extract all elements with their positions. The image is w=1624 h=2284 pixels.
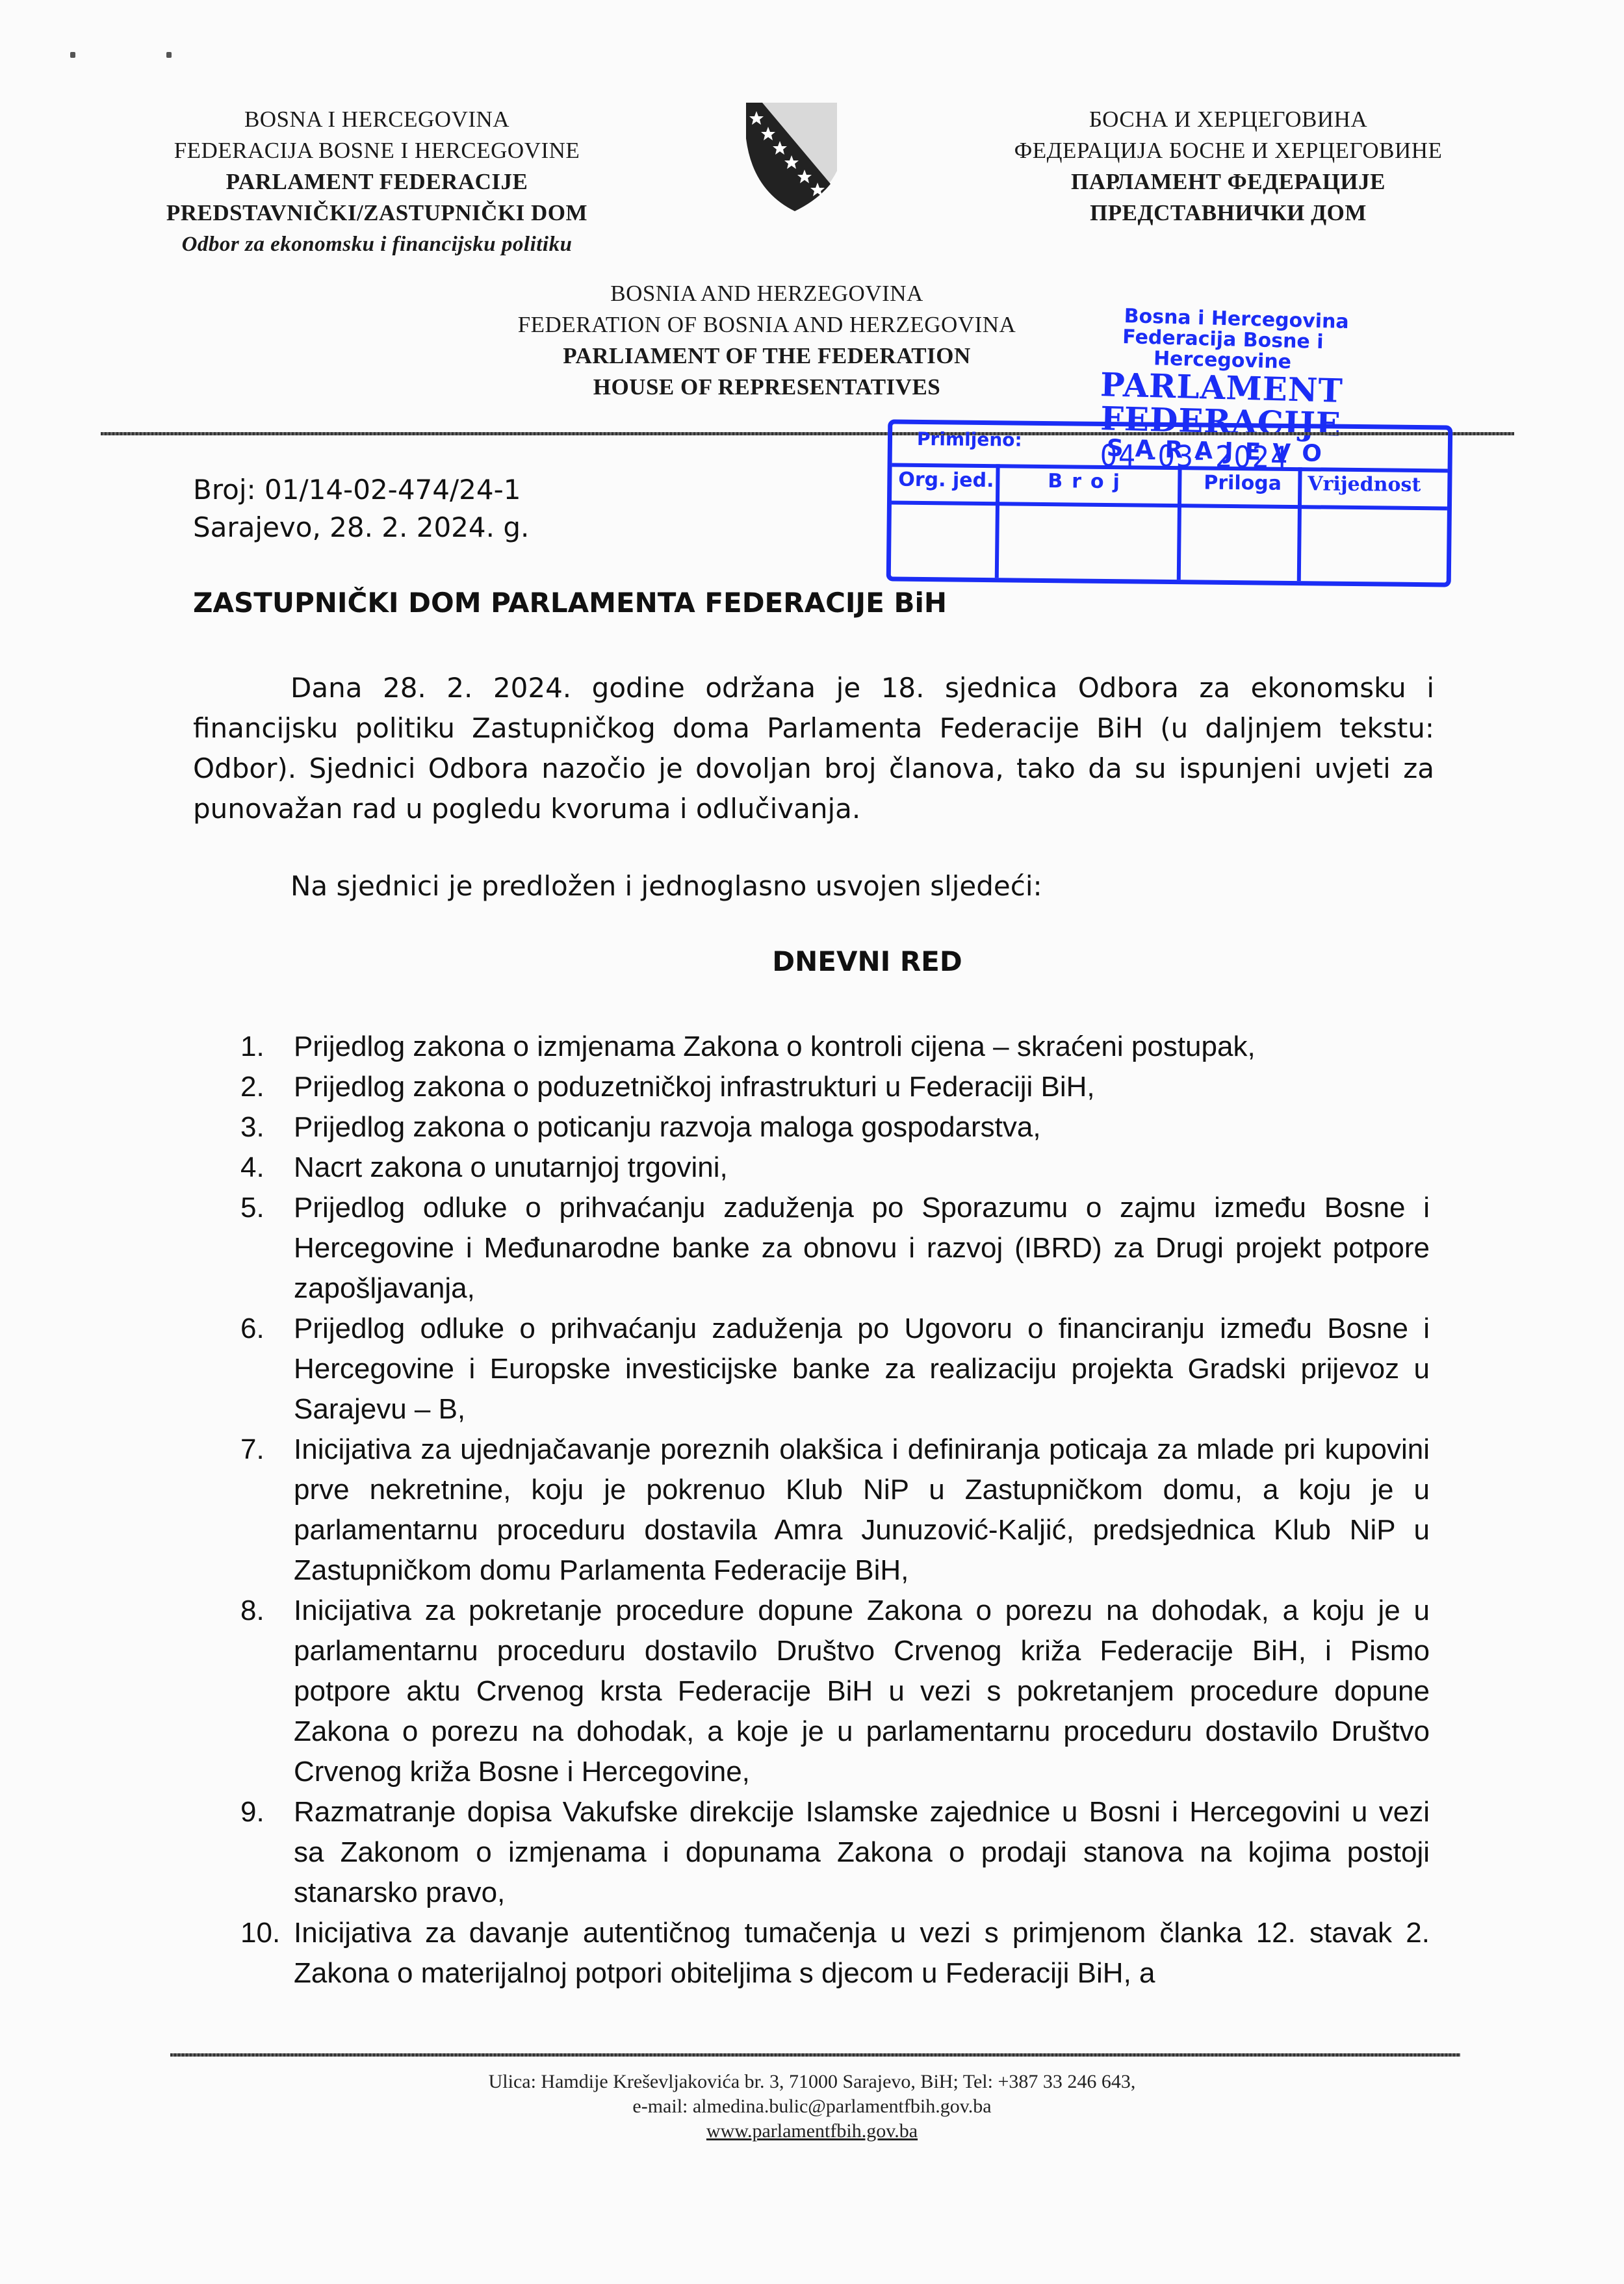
document-meta: Broj: 01/14-02-474/24-1 Sarajevo, 28. 2.… [193,471,529,546]
header-line: ПРЕДСТАВНИЧКИ ДОМ [955,198,1501,229]
header-line: ПАРЛАМЕНТ ФЕДЕРАЦИЈЕ [955,166,1501,198]
coat-of-arms-icon [733,99,844,213]
header-line: ФЕДЕРАЦИЈА БОСНЕ И ХЕРЦЕГОВИНЕ [955,135,1501,166]
agenda-item-text: Prijedlog odluke o prihvaćanju zaduženja… [294,1313,1430,1425]
header-line: BOSNA I HERCEGOVINA [123,104,630,135]
agenda-item: 3.Prijedlog zakona o poticanju razvoja m… [240,1107,1430,1148]
intro-paragraph: Dana 28. 2. 2024. godine održana je 18. … [193,668,1434,829]
agenda-item: 2.Prijedlog zakona o poduzetničkoj infra… [240,1067,1430,1107]
agenda-item-text: Inicijativa za pokretanje procedure dopu… [294,1595,1430,1788]
footer-divider [170,2053,1460,2057]
scan-mark [70,52,75,58]
agenda-item-number: 2. [240,1067,264,1107]
agenda-item-text: Prijedlog zakona o izmjenama Zakona o ko… [294,1031,1256,1062]
footer-address: Ulica: Hamdije Kreševljakovića br. 3, 71… [0,2070,1624,2094]
agenda-item-text: Razmatranje dopisa Vakufske direkcije Is… [294,1796,1430,1908]
agenda-item: 6.Prijedlog odluke o prihvaćanju zadužen… [240,1309,1430,1430]
header-line: FEDERACIJA BOSNE I HERCEGOVINE [123,135,630,166]
agenda-item-text: Prijedlog zakona o poduzetničkoj infrast… [294,1071,1095,1103]
agenda-item-number: 3. [240,1107,264,1148]
stamp-received-label: Primljeno: [917,428,1022,451]
addressee: ZASTUPNIČKI DOM PARLAMENTA FEDERACIJE Bi… [193,587,947,619]
agenda-item: 7.Inicijativa za ujednjačavanje poreznih… [240,1430,1430,1591]
header-english-block: BOSNIA AND HERZEGOVINA FEDERATION OF BOS… [455,278,1079,403]
header-line: PREDSTAVNIČKI/ZASTUPNIČKI DOM [123,198,630,229]
agenda-item-text: Inicijativa za ujednjačavanje poreznih o… [294,1433,1430,1586]
agenda-item: 1.Prijedlog zakona o izmjenama Zakona o … [240,1027,1430,1067]
stamp-column: Org. jed. [898,468,994,493]
agenda-item: 10.Inicijativa za davanje autentičnog tu… [240,1913,1430,1994]
agenda-item: 4.Nacrt zakona o unutarnjoj trgovini, [240,1148,1430,1188]
agenda-item-text: Prijedlog odluke o prihvaćanju zaduženja… [294,1192,1430,1304]
reference-number: Broj: 01/14-02-474/24-1 [193,471,529,509]
header-line: БОСНА И ХЕРЦЕГОВИНА [955,104,1501,135]
scan-mark [166,52,172,58]
received-stamp-box: Primljeno: 04 -03- 2024 Org. jed. Broj P… [886,419,1453,587]
header-left-block: BOSNA I HERCEGOVINA FEDERACIJA BOSNE I H… [123,104,630,260]
lead-paragraph: Na sjednici je predložen i jednoglasno u… [290,866,1532,906]
footer-email[interactable]: e-mail: almedina.bulic@parlamentfbih.gov… [0,2094,1624,2119]
stamp-column: Broj [1048,470,1129,493]
stamp-column: Vrijednost [1308,472,1421,496]
agenda-item-text: Inicijativa za davanje autentičnog tumač… [294,1917,1430,1989]
agenda-item-text: Prijedlog zakona o poticanju razvoja mal… [294,1111,1041,1143]
agenda-title: DNEVNI RED [0,945,1624,977]
agenda-item: 5.Prijedlog odluke o prihvaćanju zadužen… [240,1188,1430,1309]
agenda-list: 1.Prijedlog zakona o izmjenama Zakona o … [240,1027,1430,1994]
header-right-block: БОСНА И ХЕРЦЕГОВИНА ФЕДЕРАЦИЈА БОСНЕ И Х… [955,104,1501,229]
agenda-item-number: 6. [240,1309,264,1349]
agenda-item: 8.Inicijativa za pokretanje procedure do… [240,1591,1430,1792]
agenda-item-number: 7. [240,1430,264,1470]
agenda-item: 9.Razmatranje dopisa Vakufske direkcije … [240,1792,1430,1913]
agenda-item-number: 9. [240,1792,264,1832]
header-line: HOUSE OF REPRESENTATIVES [455,372,1079,403]
agenda-item-text: Nacrt zakona o unutarnjoj trgovini, [294,1151,728,1183]
header-line: PARLAMENT FEDERACIJE [123,166,630,198]
stamp-column: Priloga [1204,472,1282,495]
agenda-item-number: 5. [240,1188,264,1228]
place-date: Sarajevo, 28. 2. 2024. g. [193,509,529,546]
header-line: PARLIAMENT OF THE FEDERATION [455,340,1079,372]
agenda-item-number: 4. [240,1148,264,1188]
header-line: BOSNIA AND HERZEGOVINA [455,278,1079,309]
header-line: FEDERATION OF BOSNIA AND HERZEGOVINA [455,309,1079,340]
agenda-item-number: 8. [240,1591,264,1631]
committee-name: Odbor za ekonomsku i financijsku politik… [123,229,630,260]
agenda-item-number: 1. [240,1027,264,1067]
agenda-item-number: 10. [240,1913,280,1953]
footer-website-link[interactable]: www.parlamentfbih.gov.ba [0,2119,1624,2144]
